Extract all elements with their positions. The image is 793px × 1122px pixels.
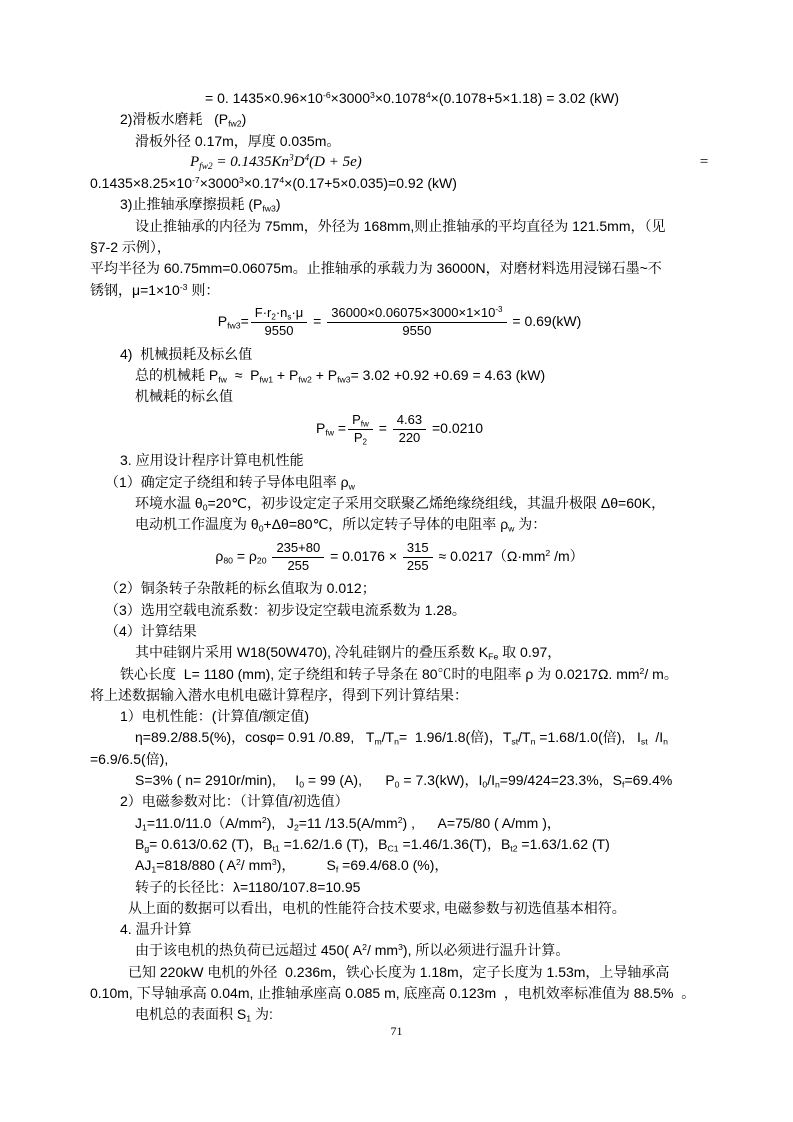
fraction: 235+80255 xyxy=(272,540,324,575)
text-run: ×(0.17+5×0.035)=0.92 (kW) xyxy=(284,175,457,191)
fraction-numerator: 4.63 xyxy=(393,412,426,430)
text-line: 从上面的数据可以看出，电机的性能符合技术要求, 电磁参数与初选值基本相符。 xyxy=(90,898,709,919)
text-line: 平均半径为 60.75mm=0.06075m。止推轴承的承载力为 36000N，… xyxy=(90,258,709,279)
text-line: 机械耗的标幺值 xyxy=(90,386,709,407)
text-line: 0.1435×8.25×10-7×30003×0.174×(0.17+5×0.0… xyxy=(90,173,709,194)
text-run: = 0.69(kW) xyxy=(509,313,582,329)
text-run: 4.63 xyxy=(397,412,422,427)
text-run: /T xyxy=(382,729,394,745)
text-run: P xyxy=(190,154,199,170)
text-run: = xyxy=(699,154,709,170)
fraction-denominator: 9550 xyxy=(398,323,435,340)
fraction-numerator: 36000×0.06075×3000×1×10-3 xyxy=(327,305,506,323)
subscript: n xyxy=(663,737,668,747)
subscript: 20 xyxy=(257,555,267,565)
text-line: Bg= 0.613/0.62 (T)，Bt1 =1.62/1.6 (T)，BC1… xyxy=(90,834,709,855)
text-run: 315 xyxy=(407,540,429,555)
text-run: 220 xyxy=(399,430,421,445)
text-run: J xyxy=(135,815,142,831)
text-run: 2)滑板水磨耗 (P xyxy=(120,111,228,127)
text-run: 铁心长度 L= 1180 (mm), 定子绕组和转子导条在 80℃时的电阻率 ρ… xyxy=(120,666,640,682)
text-run: 3)止推轴承摩擦损耗 (P xyxy=(120,196,262,212)
text-run: 4. 温升计算 xyxy=(120,921,192,937)
text-line: （2）铜条转子杂散耗的标幺值取为 0.012； xyxy=(90,578,709,599)
text-run: 电动机工作温度为 θ xyxy=(135,516,259,532)
text-run: 9550 xyxy=(402,323,431,338)
text-run: 已知 220kW 电机的外径 0.236m，铁心长度为 1.18m，定子长度为 … xyxy=(128,964,669,980)
text-run: 4) 机械损耗及标幺值 xyxy=(120,346,252,362)
text-run: = 0.613/0.62 (T)，B xyxy=(149,836,272,852)
text-run: ) xyxy=(242,111,247,127)
text-line: 电机总的表面积 S1 为: xyxy=(90,1004,709,1025)
text-line: 4) 机械损耗及标幺值 xyxy=(90,344,709,365)
text-run: F·r xyxy=(255,305,272,320)
text-run: =818/880 ( A xyxy=(156,857,236,873)
text-line: 电动机工作温度为 θ0+Δθ=80℃，所以定转子导体的电阻率 ρw 为： xyxy=(90,514,709,535)
text-run: 转子的长径比：λ=1180/107.8=10.95 xyxy=(135,879,360,895)
text-run: 36000×0.06075×3000×1×10 xyxy=(331,305,495,320)
text-run: =20℃，初步设定定子采用交联聚乙烯绝缘绕组线，其温升极限 Δθ=60K， xyxy=(208,495,666,511)
text-run: 平均半径为 60.75mm=0.06075m。止推轴承的承载力为 36000N，… xyxy=(90,260,662,276)
text-run: （2）铜条转子杂散耗的标幺值取为 0.012； xyxy=(105,580,376,596)
text-run: B xyxy=(135,836,144,852)
text-line: S=3% ( n= 2910r/min), I0 = 99 (A), P0 = … xyxy=(90,770,709,791)
text-run: P xyxy=(218,313,227,329)
fraction-denominator: 255 xyxy=(403,558,433,575)
text-run: ·μ xyxy=(291,305,303,320)
fraction-numerator: F·r2·ns·μ xyxy=(251,305,308,323)
text-run: ×3000 xyxy=(200,175,239,191)
text-line: 3. 应用设计程序计算电机性能 xyxy=(90,450,709,471)
text-line: 铁心长度 L= 1180 (mm), 定子绕组和转子导条在 80℃时的电阻率 ρ… xyxy=(90,664,709,685)
text-run: 从上面的数据可以看出，电机的性能符合技术要求, 电磁参数与初选值基本相符。 xyxy=(128,900,626,916)
subscript: t1 xyxy=(273,844,280,854)
text-line: η=89.2/88.5(%)，cosφ= 0.91 /0.89, Tm/Tn= … xyxy=(90,727,709,748)
text-run: AJ xyxy=(135,857,151,873)
text-run: = 0. 1435×0.96×10 xyxy=(205,90,323,106)
line-right: = xyxy=(699,152,709,173)
text-line: 将上述数据输入潜水电机电磁计算程序，得到下列计算结果： xyxy=(90,685,709,706)
text-line: 设止推轴承的内径为 75mm，外径为 168mm,则止推轴承的平均直径为 121… xyxy=(90,216,709,237)
text-run: ) , A=75/80 ( A/mm )， xyxy=(403,815,561,831)
text-run: ×0.1078 xyxy=(375,90,426,106)
text-line: 由于该电机的热负荷已远超过 450( A2/ mm3), 所以必须进行温升计算。 xyxy=(90,940,709,961)
text-run: = 99 (A), P xyxy=(304,772,395,788)
text-line: 2)滑板水磨耗 (Pfw2) xyxy=(90,109,709,130)
text-line: 转子的长径比：λ=1180/107.8=10.95 xyxy=(90,877,709,898)
text-run: /I xyxy=(487,772,495,788)
subscript: st xyxy=(641,737,648,747)
text-line: 环境水温 θ0=20℃，初步设定定子采用交联聚乙烯绝缘绕组线，其温升极限 Δθ=… xyxy=(90,493,709,514)
text-run: 为: xyxy=(251,1006,273,1022)
text-run: 将上述数据输入潜水电机电磁计算程序，得到下列计算结果： xyxy=(90,687,468,703)
text-line: Pfw2 = 0.1435Kn3D4(D + 5e)= xyxy=(90,152,709,173)
superscript: -6 xyxy=(323,90,331,100)
text-line: 总的机械耗 Pfw ≈ Pfw1 + Pfw2 + Pfw3= 3.02 +0.… xyxy=(90,365,709,386)
text-run: P xyxy=(316,420,325,436)
subscript: w xyxy=(349,481,355,491)
text-run: 为： xyxy=(514,516,546,532)
fraction-denominator: 220 xyxy=(395,430,425,447)
text-run: =11.0/11.0（A/mm xyxy=(147,815,262,831)
text-run: =69.4% xyxy=(624,772,672,788)
fraction-numerator: Pfw xyxy=(348,412,373,430)
subscript: 80 xyxy=(223,555,233,565)
text-run: = 0.0176 × xyxy=(326,548,401,564)
text-run: =6.9/6.5(倍), xyxy=(90,751,168,767)
text-line: （3）选用空载电流系数：初步设定空载电流系数为 1.28。 xyxy=(90,600,709,621)
text-run: 则： xyxy=(188,282,220,298)
text-run: +Δθ=80℃，所以定转子导体的电阻率 ρ xyxy=(264,516,509,532)
text-line: 滑板外径 0.17m，厚度 0.035m。 xyxy=(90,131,709,152)
text-line: 4. 温升计算 xyxy=(90,919,709,940)
text-run: P xyxy=(352,412,361,427)
text-line: 1）电机性能：(计算值/额定值) xyxy=(90,706,709,727)
subscript: fw3 xyxy=(337,375,351,385)
text-run: ×3000 xyxy=(331,90,370,106)
fraction-numerator: 315 xyxy=(403,540,433,558)
text-run: = 1.96/1.8(倍)，T xyxy=(399,729,511,745)
text-run: 设止推轴承的内径为 75mm，外径为 168mm,则止推轴承的平均直径为 121… xyxy=(135,218,666,234)
text-run: = xyxy=(334,420,346,436)
text-run: 电机总的表面积 S xyxy=(135,1006,246,1022)
text-run: ), J xyxy=(267,815,294,831)
page-number: 71 xyxy=(0,1024,793,1039)
text-run: = 0.1435Kn xyxy=(213,154,289,170)
fraction: 315255 xyxy=(403,540,433,575)
formula-line: ρ80 = ρ20 235+80255 = 0.0176 × 315255 ≈ … xyxy=(90,536,709,579)
text-run: =69.4/68.0 (%)， xyxy=(338,857,448,873)
text-line: （1）确定定子绕组和转子导体电阻率 ρw xyxy=(90,472,709,493)
text-run: + P xyxy=(273,367,298,383)
fraction-denominator: P2 xyxy=(350,430,371,447)
text-run: §7-2 示例）， xyxy=(90,239,171,255)
text-run: =0.0210 xyxy=(428,420,483,436)
text-run: （4）计算结果 xyxy=(105,623,197,639)
subscript: fw2 xyxy=(199,162,212,172)
fraction: 36000×0.06075×3000×1×10-39550 xyxy=(327,305,506,340)
subscript: fw xyxy=(361,419,369,428)
subscript: fw xyxy=(218,375,227,385)
text-run: )， S xyxy=(277,857,336,873)
text-line: §7-2 示例）， xyxy=(90,237,709,258)
subscript: fw3 xyxy=(227,321,241,331)
subscript: m xyxy=(374,737,381,747)
text-line: 已知 220kW 电机的外径 0.236m，铁心长度为 1.18m，定子长度为 … xyxy=(90,962,709,983)
text-run: ×(0.1078+5×1.18) = 3.02 (kW) xyxy=(431,90,619,106)
subscript: fw2 xyxy=(228,119,242,129)
subscript: t2 xyxy=(510,844,517,854)
formula-line: Pfw =PfwP2 = 4.63220 =0.0210 xyxy=(90,408,709,451)
text-run: 255 xyxy=(287,558,309,573)
subscript: Fe xyxy=(488,652,498,662)
text-line: 锈钢，μ=1×10-3 则： xyxy=(90,280,709,301)
text-run: =1.46/1.36(T)，B xyxy=(399,836,511,852)
text-run: = xyxy=(375,420,391,436)
text-run: 机械耗的标幺值 xyxy=(135,388,233,404)
formula-line: Pfw3=F·r2·ns·μ9550 = 36000×0.06075×3000×… xyxy=(90,301,709,344)
text-run: ≈ P xyxy=(227,367,260,383)
text-run: ·n xyxy=(276,305,288,320)
text-line: 其中硅钢片采用 W18(50W470), 冷轧硅钢片的叠压系数 KFe 取 0.… xyxy=(90,642,709,663)
fraction: PfwP2 xyxy=(348,412,373,447)
superscript: -3 xyxy=(180,281,188,291)
fraction-numerator: 235+80 xyxy=(272,540,324,558)
text-run: P xyxy=(354,430,363,445)
fraction-denominator: 9550 xyxy=(261,323,298,340)
text-line: （4）计算结果 xyxy=(90,621,709,642)
text-run: η=89.2/88.5(%)，cosφ= 0.91 /0.89, T xyxy=(135,729,374,745)
text-run: 1）电机性能：(计算值/额定值) xyxy=(120,708,309,724)
fraction: F·r2·ns·μ9550 xyxy=(251,305,308,340)
text-run: =1.68/1.0(倍), I xyxy=(535,729,640,745)
text-run: 取 0.97， xyxy=(498,644,561,660)
text-run: 2）电磁参数对比：（计算值/初选值） xyxy=(120,793,349,809)
text-run: /I xyxy=(648,729,664,745)
text-line: 3)止推轴承摩擦损耗 (Pfw3) xyxy=(90,194,709,215)
subscript: fw2 xyxy=(298,375,312,385)
text-run: 由于该电机的热负荷已远超过 450( A xyxy=(135,942,362,958)
text-run: （1）确定定子绕组和转子导体电阻率 ρ xyxy=(105,474,349,490)
text-run: =1.63/1.62 (T) xyxy=(518,836,610,852)
text-run: + P xyxy=(312,367,337,383)
text-run: （3）选用空载电流系数：初步设定空载电流系数为 1.28。 xyxy=(105,602,466,618)
text-run: /m） xyxy=(550,548,583,564)
line-left: Pfw2 = 0.1435Kn3D4(D + 5e) xyxy=(190,152,362,173)
text-run: 0.1435×8.25×10 xyxy=(90,175,192,191)
text-run: 锈钢，μ=1×10 xyxy=(90,282,180,298)
document-body: = 0. 1435×0.96×10-6×30003×0.10784×(0.107… xyxy=(90,88,709,1026)
text-run: = xyxy=(309,313,325,329)
subscript: C1 xyxy=(388,844,399,854)
text-run: 235+80 xyxy=(276,540,320,555)
document-page: = 0. 1435×0.96×10-6×30003×0.10784×(0.107… xyxy=(0,0,793,1122)
text-run: 滑板外径 0.17m，厚度 0.035m。 xyxy=(135,133,340,149)
text-run: ≈ 0.0217（Ω·mm xyxy=(435,548,546,564)
text-run: 环境水温 θ xyxy=(135,495,203,511)
subscript: fw1 xyxy=(260,375,274,385)
subscript: fw xyxy=(325,427,334,437)
text-run: 0.10m, 下导轴承高 0.04m, 止推轴承座高 0.085 m, 底座高 … xyxy=(90,985,695,1001)
text-run: = xyxy=(241,313,249,329)
subscript: fw3 xyxy=(262,204,276,214)
text-run: / mm xyxy=(241,857,272,873)
text-run: / mm xyxy=(367,942,398,958)
superscript: -3 xyxy=(495,305,502,314)
text-run: = 7.3(kW)，I xyxy=(400,772,483,788)
text-run: =99/424=23.3%，S xyxy=(500,772,622,788)
text-run: / m。 xyxy=(644,666,677,682)
text-run: = ρ xyxy=(233,548,257,564)
text-line: AJ1=818/880 ( A2/ mm3)， Sf =69.4/68.0 (%… xyxy=(90,855,709,876)
text-line: = 0. 1435×0.96×10-6×30003×0.10784×(0.107… xyxy=(90,88,709,109)
fraction-denominator: 255 xyxy=(283,558,313,575)
text-line: 0.10m, 下导轴承高 0.04m, 止推轴承座高 0.085 m, 底座高 … xyxy=(90,983,709,1004)
text-run: (D + 5e) xyxy=(309,154,362,170)
text-run: 9550 xyxy=(265,323,294,338)
text-run: =1.62/1.6 (T)，B xyxy=(280,836,388,852)
text-run: =11 /13.5(A/mm xyxy=(299,815,398,831)
text-run: 总的机械耗 P xyxy=(135,367,218,383)
text-line: 2）电磁参数对比：（计算值/初选值） xyxy=(90,791,709,812)
fraction: 4.63220 xyxy=(393,412,426,447)
subscript: 2 xyxy=(363,437,367,446)
text-run: /T xyxy=(518,729,530,745)
text-run: = 3.02 +0.92 +0.69 = 4.63 (kW) xyxy=(351,367,546,383)
text-run: S=3% ( n= 2910r/min), I xyxy=(135,772,299,788)
text-run: D xyxy=(294,154,305,170)
text-run: ), 所以必须进行温升计算。 xyxy=(403,942,569,958)
text-run: 其中硅钢片采用 W18(50W470), 冷轧硅钢片的叠压系数 K xyxy=(135,644,488,660)
text-line: =6.9/6.5(倍), xyxy=(90,749,709,770)
text-line: J1=11.0/11.0（A/mm2), J2=11 /13.5(A/mm2) … xyxy=(90,813,709,834)
superscript: -7 xyxy=(192,175,200,185)
text-run xyxy=(267,548,271,564)
text-run: ) xyxy=(276,196,281,212)
text-run: 3. 应用设计程序计算电机性能 xyxy=(120,452,304,468)
text-run: ×0.17 xyxy=(244,175,279,191)
text-run: 255 xyxy=(407,558,429,573)
